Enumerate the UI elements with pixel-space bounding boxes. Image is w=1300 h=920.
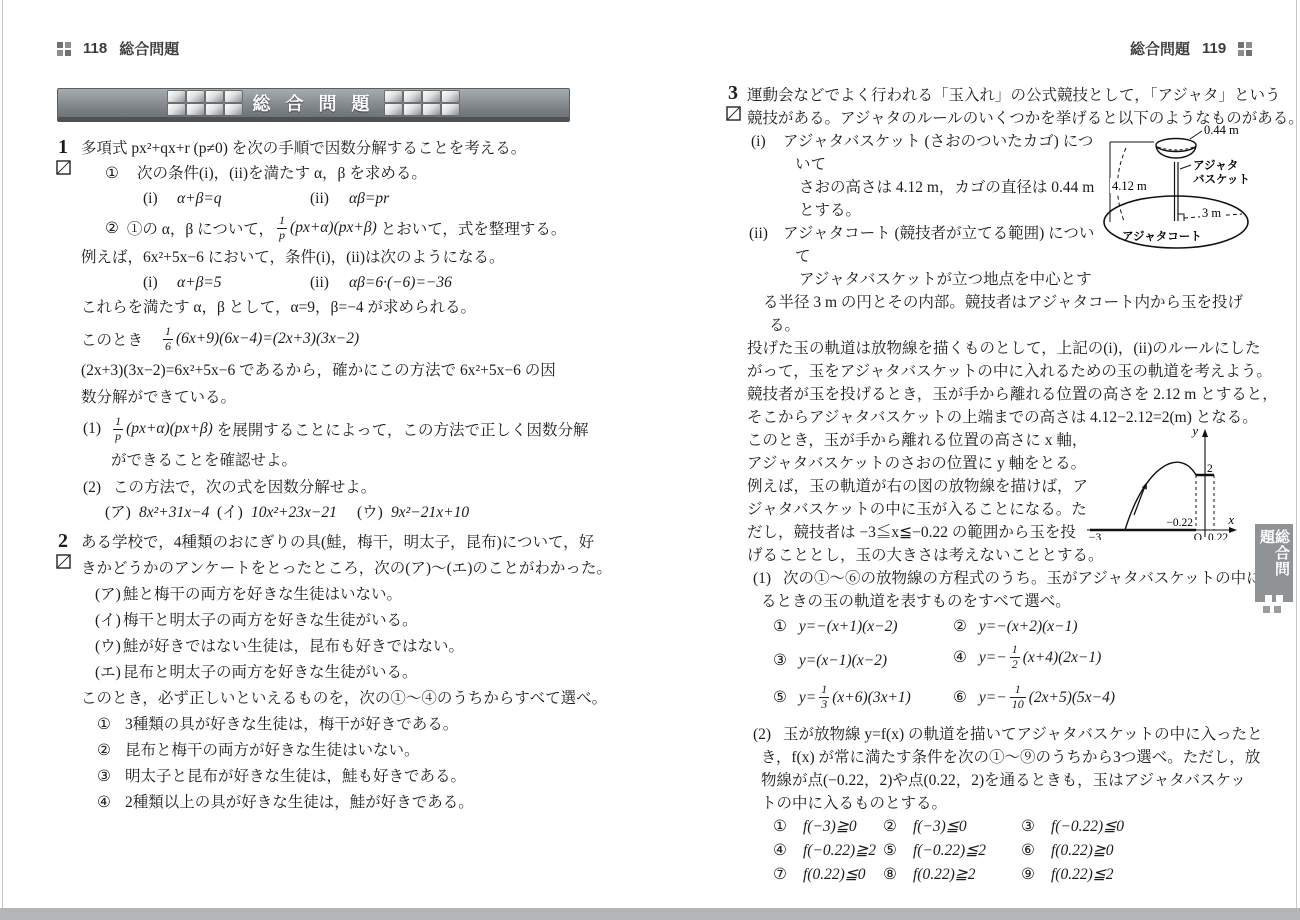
rule-ii-line: る。 [747, 314, 1247, 337]
left-page-number: 118 [83, 40, 107, 57]
fact-line: (エ)昆布と明太子の両方を好きな生徒がいる。 [81, 660, 568, 686]
right-page-number: 119 [1202, 40, 1226, 57]
condition-choice-row: ④f(−0.22)≧2 ⑤f(−0.22)≦2 ⑥f(0.22)≧0 [747, 839, 1247, 863]
factor-items-row: (ア) 8x²+31x−4 (イ) 10x²+23x−21 (ウ) 9x²−21… [81, 500, 568, 525]
scan-edge-left [2, 0, 3, 908]
choice-line: ②昆布と梅干の両方が好きな生徒はいない。 [81, 738, 568, 764]
banner-tiles-left [168, 91, 242, 115]
radius-label: 3 m [1202, 206, 1221, 220]
right-page-header: 総合問題 119 [1130, 38, 1252, 59]
q2-line: (2)玉が放物線 y=f(x) の軌道を描いてアジャタバスケットの中に入ったと [747, 723, 1247, 746]
banner-tiles-right [385, 91, 459, 115]
text-line: このとき，必ず正しいといえるものを，次の①～④のうちからすべて選べ。 [81, 686, 568, 712]
ajata-basket-diagram: 4.12 m 3 m 0.44 m アジャタ バスケット アジャタコート [1090, 122, 1270, 262]
textbook-spread: 118 総合問題 総合問題 119 総 合 問 題 1 多項式 px²+qx+r… [0, 0, 1300, 920]
fraction: 1p [113, 415, 123, 444]
x-tick-neg3: −3 [1089, 532, 1101, 540]
problem-2-number: 2 [53, 530, 73, 569]
trajectory-graph: y x O 2 −3 −0.22 0.22 [1085, 425, 1240, 540]
checker-squares-icon [57, 42, 71, 56]
x-axis-arrow [1229, 527, 1237, 533]
problem-1-number: 1 [53, 136, 73, 175]
paragraph-line: がって，玉をアジャタバスケットの中に入れるための玉の軌道を考えよう。 [747, 360, 1247, 383]
text-line: ができることを確認せよ。 [81, 448, 568, 475]
q1-line: (1)次の①～⑥の放物線の方程式のうち。玉がアジャタバスケットの中に入 [747, 567, 1247, 590]
court-label: アジャタコート [1122, 230, 1202, 243]
equation-row: ⑤y=13(x+6)(3x+1) ⑥y=−110(2x+5)(5x−4) [747, 681, 1247, 723]
text-line: (2x+3)(3x−2)=6x²+5x−6 であるから，確かにこの方法で 6x²… [81, 358, 568, 385]
left-page-header: 118 総合問題 [57, 38, 179, 59]
rule-ii-line: る半径 3 m の円とその内部。競技者はアジャタコート内から玉を投げ [747, 291, 1247, 314]
equation-1: ①y=−(x+1)(x−2) [773, 613, 898, 641]
y-axis-arrow [1202, 429, 1208, 437]
y-tick-2: 2 [1207, 463, 1213, 475]
fact-line: (ウ)鮭が好きではない生徒は，昆布も好きではない。 [81, 634, 568, 660]
check-square-icon [726, 106, 741, 121]
x-axis-label: x [1227, 513, 1234, 527]
side-tab-squares-gray [1263, 606, 1281, 613]
q2-line: き，f(x) が常に満たす条件を次の①～⑨のうちから3つ選べ。ただし，放 [747, 746, 1247, 769]
choice-line: ③明太子と昆布が好きな生徒は，鮭も好きである。 [81, 764, 568, 790]
check-square-icon [56, 554, 71, 569]
text-line: 例えば，6x²+5x−6 において，条件(i)，(ii)は次のようになる。 [81, 245, 568, 270]
scan-edge-bottom [0, 908, 1300, 920]
height-label: 4.12 m [1112, 179, 1147, 193]
left-section-title: 総合問題 [119, 38, 179, 59]
equation-row: ③y=(x−1)(x−2) ④y=−12(x+4)(2x−1) [747, 641, 1247, 681]
text-line: 運動会などでよく行われる「玉入れ」の公式競技として，「アジャタ」という [747, 84, 1247, 107]
text-line: ① 次の条件(i)，(ii)を満たす α，β を求める。 [81, 161, 568, 186]
scan-edge-right [1296, 0, 1297, 908]
y-axis-label: y [1190, 425, 1198, 438]
banner-title: 総 合 問 題 [252, 90, 374, 116]
problem-3-number: 3 [723, 82, 743, 121]
basket-name-line2: バスケット [1193, 173, 1250, 186]
question-1-line: (1) 1p (px+α)(px+β) を展開することによって，この方法で正しく… [81, 410, 568, 448]
section-banner: 総 合 問 題 [57, 88, 570, 122]
x-tick-022: 0.22 [1208, 532, 1228, 540]
equation-row: ①y=−(x+1)(x−2) ②y=−(x+2)(x−1) [747, 613, 1247, 641]
paragraph-line: 競技者が玉を投げるとき，玉が手から離れる位置の高さを 2.12 m とすると， [747, 383, 1247, 406]
fraction: 1p [277, 214, 287, 243]
basket-name-line1: アジャタ [1193, 159, 1238, 172]
x-tick-neg022: −0.22 [1166, 517, 1193, 529]
fraction: 16 [163, 325, 173, 354]
question-2-line: (2) この方法で，次の式を因数分解せよ。 [81, 475, 568, 500]
origin-label: O [1194, 532, 1202, 540]
equation-5: ⑤y=13(x+6)(3x+1) [773, 683, 911, 712]
fraction: 12 [1010, 643, 1020, 672]
identity-line: このとき 16 (6x+9)(6x−4)=(2x+3)(3x−2) [81, 320, 568, 358]
problem-2-body: ある学校で，4種類のおにぎりの具(鮭，梅干，明太子，昆布)について，好 きかどう… [81, 530, 568, 816]
checker-squares-icon [1238, 42, 1252, 56]
equation-4: ④y=−12(x+4)(2x−1) [953, 643, 1101, 672]
equation-3: ③y=(x−1)(x−2) [773, 649, 887, 672]
rule-ii-line: アジャタバスケットが立つ地点を中心とす [747, 268, 1247, 291]
problem-1-body: 多項式 px²+qx+r (p≠0) を次の手順で因数分解することを考える。 ①… [81, 136, 568, 525]
text-line: きかどうかのアンケートをとったところ，次の(ア)～(エ)のことがわかった。 [81, 556, 568, 582]
side-tab-label: 総合問題 [1259, 529, 1289, 591]
section-side-tab: 総合問題 [1255, 524, 1293, 602]
equation-6: ⑥y=−110(2x+5)(5x−4) [953, 683, 1115, 712]
choice-line: ①3種類の具が好きな生徒は，梅干が好きである。 [81, 712, 568, 738]
paragraph-line: 投げた玉の軌道は放物線を描くものとして，上記の(i)，(ii)のルールにした [747, 337, 1247, 360]
q1-line: るときの玉の軌道を表すものをすべて選べ。 [747, 590, 1247, 613]
q2-line: 物線が点(−0.22，2)や点(0.22，2)を通るときも，玉はアジャタバスケッ [747, 769, 1247, 792]
text-line: これらを満たす α，β として，α=9，β=−4 が求められる。 [81, 295, 568, 320]
step2-line: ② ①の α，β について， 1p (px+α)(px+β) とおいて，式を整理… [81, 211, 568, 245]
diameter-label: 0.44 m [1204, 123, 1239, 137]
side-tab-squares-white [1265, 595, 1283, 602]
text-line: 数分解ができている。 [81, 385, 568, 410]
check-square-icon [56, 160, 71, 175]
text-line: 多項式 px²+qx+r (p≠0) を次の手順で因数分解することを考える。 [81, 136, 568, 161]
fraction: 13 [819, 683, 829, 712]
fact-line: (ア)鮭と梅干の両方を好きな生徒はいない。 [81, 582, 568, 608]
condition-choice-row: ①f(−3)≧0 ②f(−3)≦0 ③f(−0.22)≦0 [747, 815, 1247, 839]
q2-line: トの中に入るものとする。 [747, 792, 1247, 815]
fact-line: (イ)梅干と明太子の両方を好きな生徒がいる。 [81, 608, 568, 634]
equation-2: ②y=−(x+2)(x−1) [953, 613, 1078, 641]
choice-line: ④2種類以上の具が好きな生徒は，鮭が好きである。 [81, 790, 568, 816]
text-line: ある学校で，4種類のおにぎりの具(鮭，梅干，明太子，昆布)について，好 [81, 530, 568, 556]
condition-row: (i) α+β=q (ii) αβ=pr [81, 186, 568, 211]
right-section-title: 総合問題 [1130, 38, 1190, 59]
paragraph-line: げることとし，玉の大きさは考えないこととする。 [747, 544, 1247, 567]
example-condition-row: (i) α+β=5 (ii) αβ=6·(−6)=−36 [81, 270, 568, 295]
fraction: 110 [1010, 683, 1026, 712]
condition-choice-row: ⑦f(0.22)≦0 ⑧f(0.22)≧2 ⑨f(0.22)≦2 [747, 863, 1247, 887]
